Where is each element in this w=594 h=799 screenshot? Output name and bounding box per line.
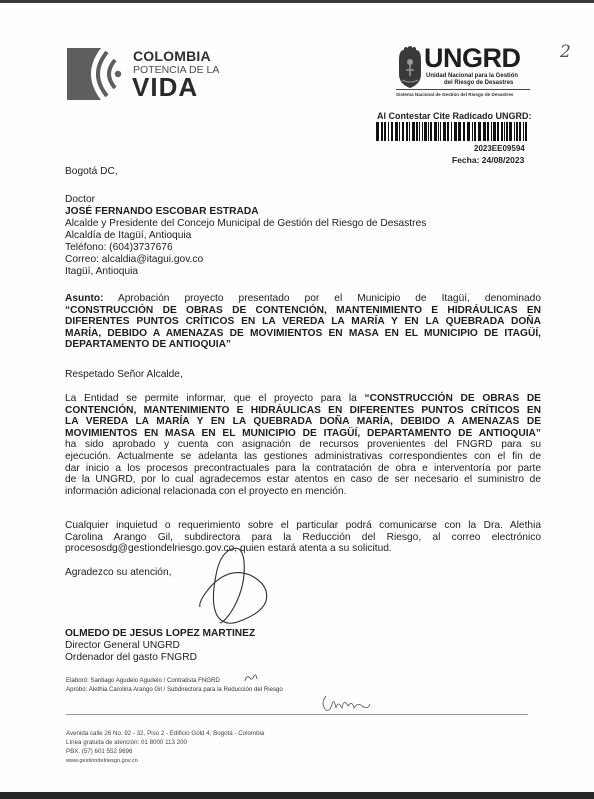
aprobo-line: Aprobó: Alethia Carolina Arango Gil / Su… bbox=[66, 686, 283, 693]
p1-line7: dar inicio a los procesos precontractual… bbox=[65, 463, 541, 475]
subject-line1-text: Aprobación proyecto presentado por el Mu… bbox=[118, 293, 541, 304]
signer-name: OLMEDO DE JESUS LOPEZ MARTINEZ bbox=[65, 628, 255, 640]
radicado-number: 2023EE09594 bbox=[474, 144, 525, 153]
recipient-title: Doctor bbox=[65, 194, 95, 206]
radicado-label: Al Contestar Cite Radicado UNGRD: bbox=[377, 111, 532, 121]
window-bottom-border bbox=[0, 792, 594, 799]
recipient-position: Alcalde y Presidente del Concejo Municip… bbox=[65, 218, 426, 230]
subject-line5: DEPARTAMENTO DE ANTIOQUIA” bbox=[65, 339, 541, 351]
p1-line1-bold: “CONSTRUCCIÓN DE OBRAS DE bbox=[365, 393, 541, 404]
colombia-logo: COLOMBIA POTENCIA DE LA VIDA bbox=[67, 48, 217, 100]
recipient-entity: Alcaldía de Itagüí, Antioquia bbox=[65, 230, 191, 242]
subject-line3: DIFERENTES PUNTOS CRÍTICOS EN LA VEREDA … bbox=[65, 316, 541, 328]
signer-position2: Ordenador del gasto FNGRD bbox=[65, 652, 197, 664]
hand-shield-icon bbox=[396, 46, 424, 88]
window-top-border bbox=[0, 0, 594, 3]
p1-line8: de la UNGRD, por lo cual agradecemos est… bbox=[65, 474, 541, 486]
letter-place: Bogotá DC, bbox=[65, 166, 118, 178]
ungrd-logo-sub1: Unidad Nacional para la Gestión bbox=[426, 73, 518, 79]
ungrd-logo-sub3: Sistema Nacional de Gestión del Riesgo d… bbox=[396, 92, 513, 97]
p1-line2: CONTENCIÓN, MANTENIMIENTO E HIDRÁULICAS … bbox=[65, 405, 541, 417]
p1-line1: La Entidad se permite informar, que el p… bbox=[65, 393, 541, 405]
initials-icon bbox=[243, 673, 259, 683]
subject-block: Asunto: Aprobación proyecto presentado p… bbox=[65, 293, 541, 351]
footer-hotline: Línea gratuita de atención: 01 8000 113 … bbox=[66, 739, 187, 747]
p1-line9: información adicional relacionada con el… bbox=[65, 486, 541, 498]
colombia-logo-line3: VIDA bbox=[132, 72, 198, 103]
recipient-name: JOSÉ FERNANDO ESCOBAR ESTRADA bbox=[65, 206, 259, 218]
footer-pbx: PBX. (57) 601 552 9696 bbox=[66, 748, 132, 756]
page-number: 2 bbox=[560, 42, 571, 62]
subject-line1: Asunto: Aprobación proyecto presentado p… bbox=[65, 293, 541, 305]
p2-line3: procesosdg@gestiondelriesgo.gov.co, quie… bbox=[65, 543, 541, 555]
recipient-phone: Teléfono: (604)3737676 bbox=[65, 242, 173, 254]
approval-signature-icon bbox=[320, 694, 372, 712]
ungrd-logo-name: UNGRD bbox=[424, 43, 521, 74]
subject-line4: MARÍA, DEBIDO A AMENAZAS DE MOVIMIENTOS … bbox=[65, 328, 541, 340]
p1-line3: LA VEREDA LA MARÍA Y EN LA QUEBRADA DOÑA… bbox=[65, 416, 541, 428]
recipient-email: Correo: alcaldia@itagui.gov.co bbox=[65, 254, 203, 266]
footer-divider bbox=[66, 714, 528, 715]
subject-label: Asunto: bbox=[65, 293, 103, 304]
signer-position1: Director General UNGRD bbox=[65, 640, 180, 652]
p2-line2: Carolina Arango Gil, subdirectora para l… bbox=[65, 532, 541, 544]
p2-line1: Cualquier inquietud o requerimiento sobr… bbox=[65, 520, 541, 532]
salutation: Respetado Señor Alcalde, bbox=[65, 369, 183, 381]
colombia-waves-icon bbox=[67, 48, 129, 100]
ungrd-logo: UNGRD Unidad Nacional para la Gestión de… bbox=[396, 46, 532, 102]
subject-line2: “CONSTRUCCIÓN DE OBRAS DE CONTENCIÓN, MA… bbox=[65, 305, 541, 317]
closing: Agradezco su atención, bbox=[65, 567, 171, 579]
ungrd-logo-sub2: del Riesgo de Desastres bbox=[444, 80, 513, 86]
footer-address: Avenida calle 26 No. 92 - 32, Piso 2 - E… bbox=[66, 730, 264, 738]
p1-line5: ha sido aprobado y cuenta con asignación… bbox=[65, 439, 541, 451]
paragraph-1: La Entidad se permite informar, que el p… bbox=[65, 393, 541, 497]
ungrd-logo-divider bbox=[396, 89, 530, 90]
footer-website[interactable]: www.gestiondelriesgo.gov.co bbox=[66, 757, 138, 765]
recipient-city: Itagüí, Antioquia bbox=[65, 266, 138, 278]
colombia-logo-line1: COLOMBIA bbox=[133, 48, 211, 64]
radicado-date: Fecha: 24/08/2023 bbox=[452, 155, 524, 165]
p1-line4: MOVIMIENTOS EN MASA EN EL MUNICIPIO DE I… bbox=[65, 428, 541, 440]
elaboro-line: Elaboró: Santiago Agudelo Agudelo / Cont… bbox=[66, 677, 220, 684]
p1-line6: ejecución. Actualmente se adelanta las g… bbox=[65, 451, 541, 463]
paragraph-2: Cualquier inquietud o requerimiento sobr… bbox=[65, 520, 541, 555]
p1-line1-normal: La Entidad se permite informar, que el p… bbox=[65, 393, 357, 404]
barcode-icon bbox=[376, 122, 527, 141]
signature-icon bbox=[190, 545, 280, 630]
